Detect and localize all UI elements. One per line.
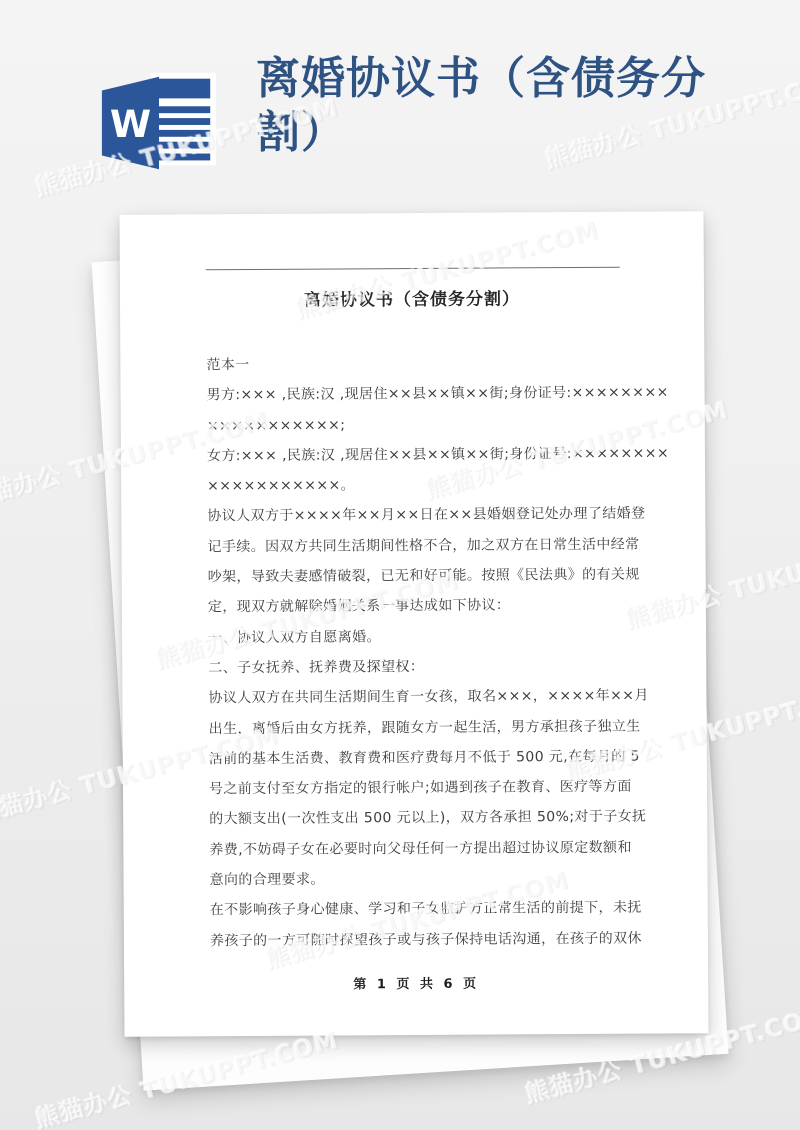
document-page: 离婚协议书（含债务分割） 范本一 男方:××× ,民族:汉 ,现居住××县××镇… bbox=[119, 211, 708, 1037]
document-body-text: 范本一 男方:××× ,民族:汉 ,现居住××县××镇××街;身份证号:××××… bbox=[206, 348, 650, 957]
word-icon-letter: W bbox=[110, 102, 151, 146]
page-title: 离婚协议书（含债务分割） bbox=[256, 52, 726, 160]
page-number-footer: 第 1 页 共 6 页 bbox=[124, 971, 708, 994]
document-title: 离婚协议书（含债务分割） bbox=[120, 283, 704, 312]
word-icon-page bbox=[151, 73, 216, 166]
title-divider-line bbox=[206, 267, 620, 271]
word-file-icon: W bbox=[96, 68, 224, 178]
template-preview-screen: W 离婚协议书（含债务分割） 离婚协议书（含债务分割） 范本一 男方:××× ,… bbox=[0, 0, 800, 1130]
